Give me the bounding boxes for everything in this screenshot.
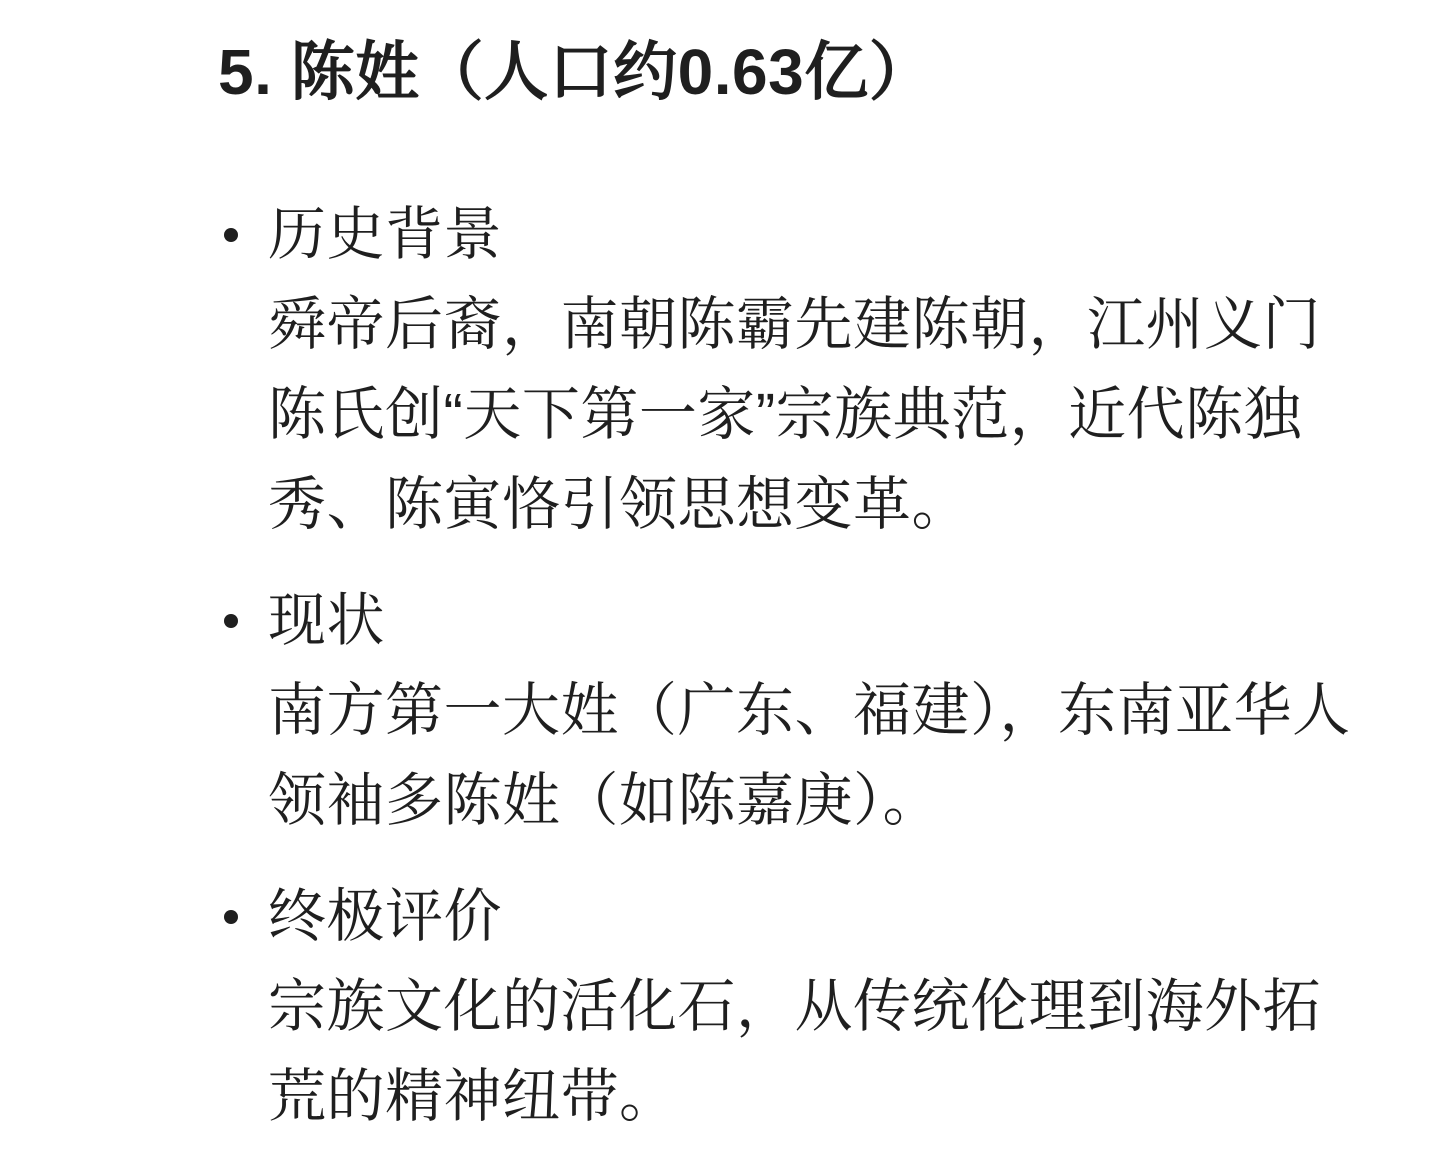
section-heading: 5. 陈姓（人口约0.63亿） [218,30,1380,114]
topic-text-line: 秀、陈寅恪引领思想变革。 [268,460,1380,550]
topic-label-current-status: 现状 [268,576,1380,666]
topic-list: 历史背景 舜帝后裔，南朝陈霸先建陈朝，江州义门 陈氏创“天下第一家”宗族典范，近… [218,190,1380,1142]
topic-label-history: 历史背景 [268,190,1380,280]
topic-text-line: 陈氏创“天下第一家”宗族典范，近代陈独 [268,370,1380,460]
topic-text-line: 荒的精神纽带。 [268,1052,1380,1142]
topic-text-line: 南方第一大姓（广东、福建），东南亚华人 [268,666,1380,756]
list-item-history: 历史背景 舜帝后裔，南朝陈霸先建陈朝，江州义门 陈氏创“天下第一家”宗族典范，近… [218,190,1380,550]
bullet-icon [224,614,238,628]
topic-text-line: 宗族文化的活化石，从传统伦理到海外拓 [268,962,1380,1052]
bullet-icon [224,910,238,924]
topic-label-final-evaluation: 终极评价 [268,872,1380,962]
list-item-current-status: 现状 南方第一大姓（广东、福建），东南亚华人 领袖多陈姓（如陈嘉庚）。 [218,576,1380,846]
list-item-final-evaluation: 终极评价 宗族文化的活化石，从传统伦理到海外拓 荒的精神纽带。 [218,872,1380,1142]
topic-text-line: 舜帝后裔，南朝陈霸先建陈朝，江州义门 [268,280,1380,370]
topic-text-line: 领袖多陈姓（如陈嘉庚）。 [268,756,1380,846]
document-body: 5. 陈姓（人口约0.63亿） 历史背景 舜帝后裔，南朝陈霸先建陈朝，江州义门 … [0,0,1440,1142]
bullet-icon [224,228,238,242]
